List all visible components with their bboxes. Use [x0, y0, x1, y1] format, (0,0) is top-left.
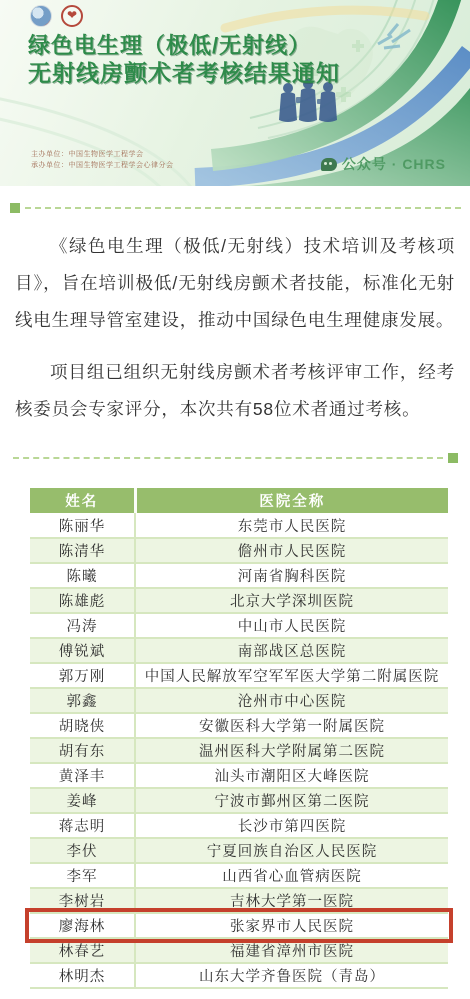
- table-row: 李军 山西省心血管病医院: [30, 863, 448, 888]
- paragraph-intro: 《绿色电生理（极低/无射线）技术培训及考核项目》，旨在培训极低/无射线房颤术者技…: [15, 228, 455, 339]
- name-cell: 李军: [30, 863, 135, 888]
- wechat-bubble-icon: [321, 158, 337, 171]
- hospital-cell: 中国人民解放军空军军医大学第二附属医院: [135, 663, 448, 688]
- name-cell: 郭鑫: [30, 688, 135, 713]
- results-table-body: 陈丽华 东莞市人民医院 陈清华 儋州市人民医院 陈曦 河南省胸科医院 陈雄彪 北…: [30, 513, 448, 988]
- hospital-cell: 沧州市中心医院: [135, 688, 448, 713]
- hospital-cell: 南部战区总医院: [135, 638, 448, 663]
- name-cell: 陈雄彪: [30, 588, 135, 613]
- banner-title-line1: 绿色电生理（极低/无射线）: [28, 32, 340, 59]
- table-row: 林春艺 福建省漳州市医院: [30, 938, 448, 963]
- name-cell: 蒋志明: [30, 813, 135, 838]
- organizer-line1: 主办单位：中国生物医学工程学会: [31, 149, 174, 160]
- results-table: 姓名 医院全称 陈丽华 东莞市人民医院 陈清华 儋州市人民医院 陈曦 河南省胸科…: [30, 488, 448, 989]
- name-cell: 陈清华: [30, 538, 135, 563]
- hospital-cell: 长沙市第四医院: [135, 813, 448, 838]
- hospital-cell: 温州医科大学附属第二医院: [135, 738, 448, 763]
- table-row: 郭鑫 沧州市中心医院: [30, 688, 448, 713]
- name-cell: 姜峰: [30, 788, 135, 813]
- name-cell: 廖海林: [30, 913, 135, 938]
- name-cell: 林明杰: [30, 963, 135, 988]
- table-row: 黄泽丰 汕头市潮阳区大峰医院: [30, 763, 448, 788]
- table-row: 廖海林 张家界市人民医院: [30, 913, 448, 938]
- table-row: 姜峰 宁波市鄞州区第二医院: [30, 788, 448, 813]
- article-body: 《绿色电生理（极低/无射线）技术培训及考核项目》，旨在培训极低/无射线房颤术者技…: [0, 228, 470, 428]
- divider-dashed-line: [25, 207, 461, 209]
- paragraph-results: 项目组已组织无射线房颤术者考核评审工作，经考核委员会专家评分，本次共有58位术者…: [15, 354, 455, 428]
- hospital-cell: 吉林大学第一医院: [135, 888, 448, 913]
- name-cell: 李伏: [30, 838, 135, 863]
- name-cell: 林春艺: [30, 938, 135, 963]
- hospital-cell: 张家界市人民医院: [135, 913, 448, 938]
- banner-title: 绿色电生理（极低/无射线） 无射线房颤术者考核结果通知: [28, 32, 340, 88]
- table-row: 胡晓侠 安徽医科大学第一附属医院: [30, 713, 448, 738]
- hospital-cell: 福建省漳州市医院: [135, 938, 448, 963]
- banner-title-line2: 无射线房颤术者考核结果通知: [28, 59, 340, 88]
- wechat-account-badge: 公众号 · CHRS: [321, 154, 446, 174]
- table-row: 陈丽华 东莞市人民医院: [30, 513, 448, 538]
- table-row: 胡有东 温州医科大学附属第二医院: [30, 738, 448, 763]
- divider-square-icon: [10, 203, 20, 213]
- hospital-cell: 北京大学深圳医院: [135, 588, 448, 613]
- table-row: 傅锐斌 南部战区总医院: [30, 638, 448, 663]
- table-row: 陈清华 儋州市人民医院: [30, 538, 448, 563]
- hospital-cell: 河南省胸科医院: [135, 563, 448, 588]
- article-page: ❤ 绿色电生理（极低/无射线） 无射线房颤术者考核结果通知 主办单位：中国生物医…: [0, 0, 470, 999]
- name-cell: 胡有东: [30, 738, 135, 763]
- hospital-cell: 宁波市鄞州区第二医院: [135, 788, 448, 813]
- name-cell: 胡晓侠: [30, 713, 135, 738]
- divider-dashed-line: [13, 457, 443, 459]
- wechat-account-label: 公众号 · CHRS: [342, 154, 446, 174]
- banner: ❤ 绿色电生理（极低/无射线） 无射线房颤术者考核结果通知 主办单位：中国生物医…: [0, 0, 470, 186]
- organizer-lines: 主办单位：中国生物医学工程学会 承办单位：中国生物医学工程学会心律分会: [31, 149, 174, 171]
- table-row: 李树岩 吉林大学第一医院: [30, 888, 448, 913]
- hospital-cell: 宁夏回族自治区人民医院: [135, 838, 448, 863]
- results-table-header: 姓名 医院全称: [30, 488, 448, 513]
- hospital-cell: 东莞市人民医院: [135, 513, 448, 538]
- hospital-cell: 山西省心血管病医院: [135, 863, 448, 888]
- table-row: 陈曦 河南省胸科医院: [30, 563, 448, 588]
- divider-square-icon: [448, 453, 458, 463]
- table-row: 郭万刚 中国人民解放军空军军医大学第二附属医院: [30, 663, 448, 688]
- section-divider-bottom: [8, 452, 458, 463]
- table-row: 李伏 宁夏回族自治区人民医院: [30, 838, 448, 863]
- hospital-column-header: 医院全称: [135, 488, 448, 513]
- hospital-cell: 山东大学齐鲁医院（青岛）: [135, 963, 448, 988]
- organizer-line2: 承办单位：中国生物医学工程学会心律分会: [31, 160, 174, 171]
- table-row: 陈雄彪 北京大学深圳医院: [30, 588, 448, 613]
- hospital-cell: 中山市人民医院: [135, 613, 448, 638]
- name-column-header: 姓名: [30, 488, 135, 513]
- name-cell: 郭万刚: [30, 663, 135, 688]
- hospital-cell: 儋州市人民医院: [135, 538, 448, 563]
- hospital-cell: 安徽医科大学第一附属医院: [135, 713, 448, 738]
- table-row: 蒋志明 长沙市第四医院: [30, 813, 448, 838]
- chrs-heart-logo-icon: ❤: [61, 5, 83, 27]
- name-cell: 陈丽华: [30, 513, 135, 538]
- hospital-cell: 汕头市潮阳区大峰医院: [135, 763, 448, 788]
- name-cell: 黄泽丰: [30, 763, 135, 788]
- name-cell: 陈曦: [30, 563, 135, 588]
- name-cell: 傅锐斌: [30, 638, 135, 663]
- banner-logos: ❤: [30, 5, 83, 27]
- header-row: 姓名 医院全称: [30, 488, 448, 513]
- society-globe-logo-icon: [30, 5, 52, 27]
- table-row: 林明杰 山东大学齐鲁医院（青岛）: [30, 963, 448, 988]
- name-cell: 冯涛: [30, 613, 135, 638]
- section-divider-top: [10, 202, 466, 213]
- name-cell: 李树岩: [30, 888, 135, 913]
- table-row: 冯涛 中山市人民医院: [30, 613, 448, 638]
